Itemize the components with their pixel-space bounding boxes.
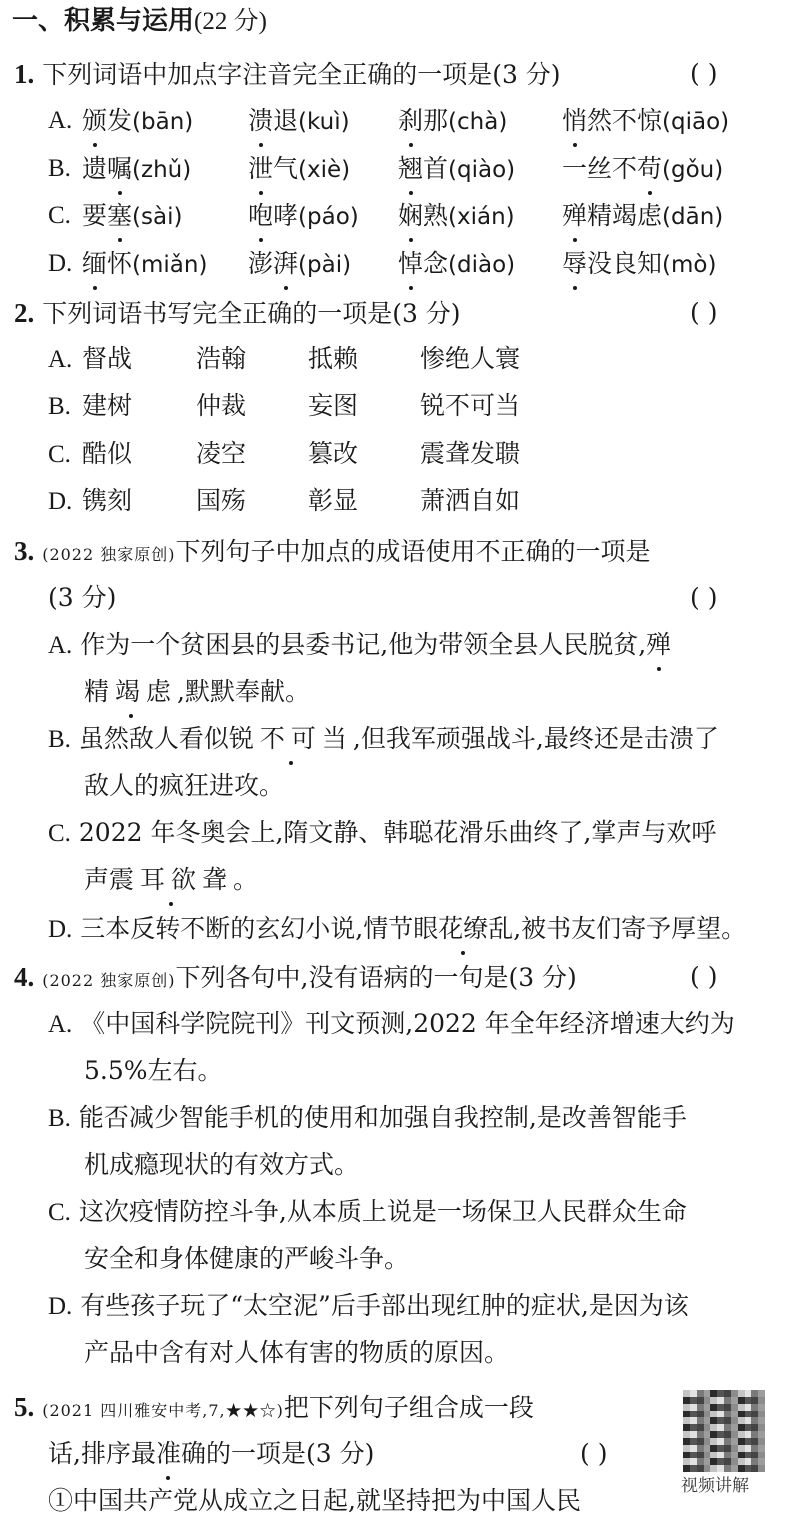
qr-module [717, 1424, 724, 1431]
word-with-pinyin: 刹那(chà) [398, 104, 507, 139]
qr-module [704, 1445, 711, 1452]
qr-module [738, 1458, 745, 1465]
word-with-pinyin: 咆哮(páo) [248, 199, 359, 234]
q5-stem-line2: 话,排序最准确的一项是(3 分) [48, 1437, 374, 1471]
qr-module [751, 1438, 758, 1445]
qr-module [683, 1390, 690, 1397]
q4-option-a[interactable]: A. 《中国科学院院刊》刊文预测,2022 年全年经济增速大约为 [48, 1007, 735, 1042]
qr-module [745, 1431, 752, 1438]
qr-module [704, 1452, 711, 1459]
option-text: ,默默奉献。 [177, 677, 310, 706]
word: 酷似 [82, 438, 132, 472]
option-text: ,但我军顽强战斗,最终还是击溃了 [353, 724, 719, 753]
dotted-text: 震耳欲聋 [109, 863, 233, 897]
qr-module [717, 1438, 724, 1445]
word: 萧洒自如 [420, 485, 520, 519]
qr-module [704, 1390, 711, 1397]
qr-module [751, 1404, 758, 1411]
dotted-char: 湃 [273, 247, 298, 281]
qr-module [697, 1411, 704, 1418]
qr-module [731, 1458, 738, 1465]
qr-module [683, 1458, 690, 1465]
qr-module [683, 1438, 690, 1445]
q5-number: 5. [14, 1392, 34, 1422]
qr-module [683, 1431, 690, 1438]
qr-module [745, 1424, 752, 1431]
qr-module [738, 1445, 745, 1452]
qr-module [717, 1452, 724, 1459]
q5-sentence-1: ①中国共产党从成立之日起,就坚持把为中国人民 [48, 1484, 581, 1518]
option-label: A. [48, 1011, 72, 1038]
qr-module [751, 1390, 758, 1397]
q3-option-a-line2: 精竭虑,默默奉献。 [84, 675, 310, 709]
qr-module [724, 1417, 731, 1424]
qr-caption: 视频讲解 [681, 1475, 749, 1497]
pinyin: (gǒu) [662, 157, 723, 183]
dotted-text: 殚 [646, 628, 671, 662]
qr-module [697, 1424, 704, 1431]
dotted-char: 殚 [562, 199, 587, 233]
pinyin: (páo) [298, 204, 359, 230]
qr-module [738, 1411, 745, 1418]
q2-stem: 2. 下列词语书写完全正确的一项是(3 分) [14, 296, 461, 331]
q4-option-line2: 产品中含有对人体有害的物质的原因。 [84, 1336, 509, 1370]
qr-module [738, 1438, 745, 1445]
option-text: 。 [233, 865, 258, 894]
word-text: 精竭虑 [587, 201, 662, 230]
option-label: A. [48, 632, 72, 659]
qr-module [690, 1411, 697, 1418]
qr-module [690, 1404, 697, 1411]
option-label: C. [48, 1199, 71, 1226]
word-text: 那 [423, 106, 448, 135]
qr-module [704, 1431, 711, 1438]
qr-module [751, 1397, 758, 1404]
q4-option-line2: 5.5%左右。 [84, 1054, 223, 1088]
option-text: 有些孩子玩了“太空泥”后手部出现红肿的症状,是因为该 [80, 1291, 689, 1320]
qr-module [710, 1465, 717, 1472]
qr-module [697, 1465, 704, 1472]
dotted-char: 辱 [562, 247, 587, 281]
qr-module [710, 1397, 717, 1404]
qr-module [697, 1417, 704, 1424]
qr-module [724, 1390, 731, 1397]
qr-module [704, 1397, 711, 1404]
qr-module [731, 1397, 738, 1404]
word: 篡改 [308, 438, 358, 472]
word: 妄图 [308, 390, 358, 424]
qr-module [704, 1417, 711, 1424]
qr-module [683, 1404, 690, 1411]
qr-module [690, 1431, 697, 1438]
qr-module [738, 1431, 745, 1438]
q3-stem-text: 下列句子中加点的成语使用不正确的一项是 [176, 537, 651, 566]
q4-stem: 4. (2022 独家原创)下列各句中,没有语病的一句是(3 分) [14, 960, 577, 998]
word-text: 一丝不 [562, 154, 637, 183]
qr-module [745, 1445, 752, 1452]
q2-number: 2. [14, 298, 34, 328]
q3-option-b[interactable]: B. 虽然敌人看似锐不可当,但我军顽强战斗,最终还是击溃了 [48, 722, 719, 757]
q3-number: 3. [14, 536, 34, 566]
word-text: 要 [82, 201, 107, 230]
q4-answer-blank[interactable]: ( ) [690, 960, 717, 994]
qr-module [717, 1465, 724, 1472]
dotted-text: 精竭虑 [84, 675, 177, 709]
q3-source: (2022 独家原创) [42, 545, 175, 564]
qr-module [690, 1465, 697, 1472]
q4-option-d[interactable]: D. 有些孩子玩了“太空泥”后手部出现红肿的症状,是因为该 [48, 1289, 689, 1324]
q5-answer-blank[interactable]: ( ) [580, 1437, 607, 1471]
qr-module [690, 1445, 697, 1452]
qr-module [751, 1431, 758, 1438]
qr-module [704, 1458, 711, 1465]
qr-module [731, 1404, 738, 1411]
qr-module [738, 1452, 745, 1459]
pinyin: (diào) [448, 252, 515, 278]
word-with-pinyin: 溃退(kuì) [248, 104, 350, 139]
q1-answer-blank[interactable]: ( ) [690, 57, 717, 91]
qr-module [710, 1424, 717, 1431]
word-with-pinyin: 遗嘱(zhǔ) [82, 152, 191, 187]
word: 凌空 [196, 438, 246, 472]
qr-module [710, 1390, 717, 1397]
qr-module [717, 1417, 724, 1424]
pinyin: (dān) [662, 204, 723, 230]
pinyin: (zhǔ) [132, 157, 191, 183]
qr-module [724, 1465, 731, 1472]
word-with-pinyin: 悼念(diào) [398, 247, 515, 282]
qr-module [683, 1397, 690, 1404]
word: 锐不可当 [420, 390, 520, 424]
q3-stem: 3. (2022 独家原创)下列句子中加点的成语使用不正确的一项是 [14, 534, 651, 572]
option-text: ,被书友们寄予厚望。 [513, 914, 746, 943]
qr-module [724, 1452, 731, 1459]
word-with-pinyin: 娴熟(xián) [398, 199, 515, 234]
pinyin: (qiāo) [662, 109, 729, 135]
qr-module [724, 1431, 731, 1438]
option-text: 作为一个贫困县的县委书记,他为带领全县人民脱贫, [80, 630, 646, 659]
option-label: C. [48, 820, 71, 847]
q4-option-b[interactable]: B. 能否减少智能手机的使用和加强自我控制,是改善智能手 [48, 1101, 687, 1136]
word-text: 念 [423, 249, 448, 278]
qr-module [738, 1390, 745, 1397]
q4-option-c[interactable]: C. 这次疫情防控斗争,从本质上说是一场保卫人民群众生命 [48, 1195, 687, 1230]
qr-module [745, 1452, 752, 1459]
qr-module [690, 1438, 697, 1445]
qr-module [704, 1465, 711, 1472]
q4-stem-text: 下列各句中,没有语病的一句是(3 分) [176, 963, 577, 992]
word-text: 怀 [107, 249, 132, 278]
qr-module [690, 1424, 697, 1431]
qr-module [745, 1438, 752, 1445]
dotted-char: 悼 [398, 247, 423, 281]
qr-module [731, 1390, 738, 1397]
exam-page: 一、积累与运用(22 分) 1. 下列词语中加点字注音完全正确的一项是(3 分)… [0, 0, 790, 1530]
qr-module [697, 1445, 704, 1452]
pinyin: (mò) [662, 252, 716, 278]
dotted-char: 颁 [82, 104, 107, 138]
qr-module [751, 1417, 758, 1424]
q2-option-a[interactable]: A. [48, 343, 72, 377]
qr-module [690, 1390, 697, 1397]
option-text: 能否减少智能手机的使用和加强自我控制,是改善智能手 [79, 1103, 687, 1132]
section-title-text: 一、积累与运用 [12, 6, 194, 36]
q1-option-d[interactable]: D. [48, 247, 72, 281]
word: 国殇 [196, 485, 246, 519]
dotted-text: 锐不可当 [229, 722, 353, 756]
word: 镌刻 [82, 485, 132, 519]
pinyin: (xián) [448, 204, 515, 230]
dotted-char: 悄 [562, 104, 587, 138]
option-text: 《中国科学院院刊》刊文预测,2022 年全年经济增速大约为 [80, 1009, 735, 1038]
qr-module [724, 1397, 731, 1404]
word-text: 然不惊 [587, 106, 662, 135]
word-text: 发 [107, 106, 132, 135]
q2-answer-blank[interactable]: ( ) [690, 296, 717, 330]
qr-module [704, 1438, 711, 1445]
qr-module [738, 1404, 745, 1411]
qr-module [745, 1411, 752, 1418]
word-with-pinyin: 悄然不惊(qiāo) [562, 104, 729, 139]
qr-module [758, 1397, 765, 1404]
qr-module [731, 1465, 738, 1472]
qr-module [758, 1465, 765, 1472]
qr-module [704, 1404, 711, 1411]
word: 督战 [82, 343, 132, 377]
qr-module [710, 1452, 717, 1459]
qr-module [697, 1458, 704, 1465]
qr-module [758, 1417, 765, 1424]
word-with-pinyin: 一丝不苟(gǒu) [562, 152, 723, 187]
word: 彰显 [308, 485, 358, 519]
qr-module [758, 1458, 765, 1465]
q3-option-d[interactable]: D. 三本反转不断的玄幻小说,情节眼花缭乱,被书友们寄予厚望。 [48, 912, 746, 947]
q2-option-d[interactable]: D. [48, 485, 72, 519]
qr-module [697, 1431, 704, 1438]
qr-module [751, 1411, 758, 1418]
option-text: 三本反转不断的玄幻小说,情节 [80, 914, 413, 943]
stem-text: 的一项是(3 分) [206, 1439, 374, 1468]
qr-module [683, 1411, 690, 1418]
pinyin: (sài) [132, 204, 182, 230]
word: 浩翰 [196, 343, 246, 377]
qr-module [704, 1411, 711, 1418]
dotted-char: 嘱 [107, 152, 132, 186]
q2-option-c[interactable]: C. [48, 438, 71, 472]
qr-module [717, 1458, 724, 1465]
option-label: B. [48, 1105, 71, 1132]
q5-source: (2021 四川雅安中考,7,★★☆) [42, 1401, 284, 1420]
qr-module [710, 1445, 717, 1452]
qr-module [745, 1417, 752, 1424]
word-text: 气 [273, 154, 298, 183]
word-with-pinyin: 翘首(qiào) [398, 152, 515, 187]
qr-module [738, 1417, 745, 1424]
dotted-char: 刹 [398, 104, 423, 138]
qr-module [690, 1397, 697, 1404]
qr-module [758, 1452, 765, 1459]
qr-module [710, 1458, 717, 1465]
qr-module [710, 1404, 717, 1411]
dotted-char: 泄 [248, 152, 273, 186]
q1-number: 1. [14, 59, 34, 89]
q3-option-b-line2: 敌人的疯狂进攻。 [84, 769, 284, 803]
dotted-char: 缅 [82, 247, 107, 281]
word: 仲裁 [196, 390, 246, 424]
option-text: 虽然敌人看似 [79, 724, 229, 753]
word-text: 熟 [423, 201, 448, 230]
qr-module [697, 1452, 704, 1459]
word: 抵赖 [308, 343, 358, 377]
qr-module [724, 1458, 731, 1465]
qr-module [758, 1404, 765, 1411]
qr-module [717, 1445, 724, 1452]
qr-code[interactable] [683, 1390, 765, 1472]
qr-module [738, 1424, 745, 1431]
word-text: 退 [273, 106, 298, 135]
qr-module [683, 1452, 690, 1459]
word-with-pinyin: 要塞(sài) [82, 199, 182, 234]
qr-module [724, 1411, 731, 1418]
section-points: (22 分) [194, 8, 267, 35]
word-text: 澎 [248, 249, 273, 278]
pinyin: (miǎn) [132, 252, 207, 278]
qr-module [710, 1411, 717, 1418]
dotted-char: 塞 [107, 199, 132, 233]
option-label: B. [48, 726, 71, 753]
word-with-pinyin: 辱没良知(mò) [562, 247, 716, 282]
word-with-pinyin: 殚精竭虑(dān) [562, 199, 723, 234]
qr-module [717, 1390, 724, 1397]
pinyin: (bān) [132, 109, 193, 135]
dotted-text: 眼花缭乱 [413, 912, 513, 946]
qr-module [697, 1397, 704, 1404]
q4-source: (2022 独家原创) [42, 971, 175, 990]
qr-module [751, 1465, 758, 1472]
dotted-char: 翘 [398, 152, 423, 186]
qr-module [710, 1431, 717, 1438]
dotted-char: 咆 [248, 199, 273, 233]
qr-module [683, 1465, 690, 1472]
dotted-char: 溃 [248, 104, 273, 138]
qr-module [683, 1417, 690, 1424]
word-with-pinyin: 泄气(xiè) [248, 152, 350, 187]
qr-module [683, 1445, 690, 1452]
qr-module [731, 1431, 738, 1438]
dotted-char: 娴 [398, 199, 423, 233]
qr-module [690, 1452, 697, 1459]
qr-module [745, 1465, 752, 1472]
pinyin: (kuì) [298, 109, 350, 135]
qr-module [697, 1390, 704, 1397]
qr-module [745, 1404, 752, 1411]
qr-module [724, 1404, 731, 1411]
qr-module [731, 1445, 738, 1452]
section-title: 一、积累与运用(22 分) [12, 4, 267, 39]
qr-module [758, 1431, 765, 1438]
qr-module [717, 1404, 724, 1411]
qr-module [738, 1397, 745, 1404]
q2-stem-text: 下列词语书写完全正确的一项是(3 分) [42, 299, 460, 328]
qr-module [717, 1411, 724, 1418]
qr-module [690, 1458, 697, 1465]
option-label: D. [48, 1293, 72, 1320]
q1-stem-text: 下列词语中加点字注音完全正确的一项是(3 分) [42, 60, 560, 89]
qr-module [724, 1445, 731, 1452]
qr-module [724, 1438, 731, 1445]
qr-module [717, 1431, 724, 1438]
q2-option-b[interactable]: B. [48, 390, 71, 424]
qr-module [745, 1458, 752, 1465]
q4-number: 4. [14, 962, 34, 992]
q4-option-line2: 安全和身体健康的严峻斗争。 [84, 1242, 409, 1276]
word-text: 首 [423, 154, 448, 183]
word-text: 没良知 [587, 249, 662, 278]
q3-option-a[interactable]: A. 作为一个贫困县的县委书记,他为带领全县人民脱贫,殚 [48, 628, 671, 663]
q1-stem: 1. 下列词语中加点字注音完全正确的一项是(3 分) [14, 57, 561, 92]
qr-module [710, 1438, 717, 1445]
qr-module [745, 1397, 752, 1404]
qr-module [731, 1424, 738, 1431]
qr-module [731, 1411, 738, 1418]
word: 惨绝人寰 [420, 343, 520, 377]
qr-module [751, 1424, 758, 1431]
q1-option-b[interactable]: B. [48, 152, 71, 186]
pinyin: (qiào) [448, 157, 515, 183]
qr-module [751, 1458, 758, 1465]
qr-module [697, 1404, 704, 1411]
qr-module [758, 1390, 765, 1397]
dotted-char: 苟 [637, 152, 662, 186]
qr-module [731, 1417, 738, 1424]
word: 建树 [82, 390, 132, 424]
qr-module [710, 1417, 717, 1424]
qr-module [731, 1452, 738, 1459]
q5-stem-text: 把下列句子组合成一段 [284, 1393, 534, 1422]
qr-module [704, 1424, 711, 1431]
qr-module [697, 1438, 704, 1445]
word-with-pinyin: 颁发(bān) [82, 104, 193, 139]
qr-module [758, 1445, 765, 1452]
word: 震聋发聩 [420, 438, 520, 472]
q3-option-c-line2: 声震耳欲聋。 [84, 863, 258, 897]
q3-stem-line2: (3 分) [48, 581, 116, 615]
stem-text: 话,排序 [48, 1439, 131, 1468]
q3-answer-blank[interactable]: ( ) [690, 581, 717, 615]
option-text: 2022 年冬奥会上,隋文静、韩聪花滑乐曲终了,掌声与欢呼 [79, 818, 716, 847]
option-text: 这次疫情防控斗争,从本质上说是一场保卫人民群众生命 [79, 1197, 687, 1226]
q4-option-line2: 机成瘾现状的有效方式。 [84, 1148, 359, 1182]
pinyin: (xiè) [298, 157, 350, 183]
word-with-pinyin: 澎湃(pài) [248, 247, 351, 282]
qr-module [690, 1417, 697, 1424]
word-text: 遗 [82, 154, 107, 183]
option-text: 声 [84, 865, 109, 894]
qr-module [683, 1424, 690, 1431]
word-with-pinyin: 缅怀(miǎn) [82, 247, 207, 282]
qr-module [751, 1445, 758, 1452]
qr-module [751, 1452, 758, 1459]
q1-option-c[interactable]: C. [48, 199, 71, 233]
qr-module [758, 1424, 765, 1431]
qr-module [731, 1438, 738, 1445]
qr-module [758, 1411, 765, 1418]
qr-module [724, 1424, 731, 1431]
dotted-text: 最准确 [131, 1437, 206, 1471]
option-label: D. [48, 916, 72, 943]
q3-option-c[interactable]: C. 2022 年冬奥会上,隋文静、韩聪花滑乐曲终了,掌声与欢呼 [48, 816, 716, 851]
q1-option-a[interactable]: A. [48, 104, 72, 138]
